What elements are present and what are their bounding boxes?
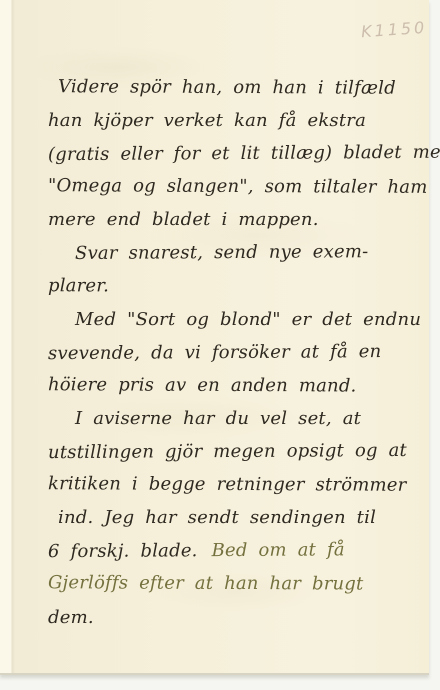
text-segment: dem. bbox=[48, 607, 94, 628]
text-segment: kritiken i begge retninger strömmer bbox=[48, 473, 407, 496]
handwritten-line: höiere pris av en anden mand. bbox=[48, 368, 420, 403]
text-segment: mere end bladet i mappen. bbox=[48, 209, 319, 230]
handwritten-line: ind. Jeg har sendt sendingen til bbox=[48, 501, 420, 534]
text-segment: han kjöper verket kan få ekstra bbox=[48, 110, 366, 131]
text-segment: 6 forskj. blade. bbox=[48, 541, 198, 563]
handwritten-line: Gjerlöffs efter at han har brugt bbox=[48, 567, 420, 602]
letter-page: K1150 Videre spör han, om han i tilfældh… bbox=[0, 0, 429, 675]
handwritten-line: svevende, da vi forsöker at få en bbox=[48, 335, 420, 370]
handwritten-line: I aviserne har du vel set, at bbox=[48, 402, 420, 435]
text-segment: "Omega og slangen", som tiltaler ham bbox=[48, 175, 428, 198]
text-segment: svevende, da vi forsöker at få en bbox=[48, 341, 382, 364]
letter-body: Videre spör han, om han i tilfældhan kjö… bbox=[48, 71, 420, 634]
catalog-number-annotation: K1150 bbox=[360, 18, 427, 42]
handwritten-line: mere end bladet i mappen. bbox=[48, 203, 420, 236]
handwritten-line: Med "Sort og blond" er det endnu bbox=[48, 303, 420, 336]
text-segment: plarer. bbox=[48, 275, 109, 296]
text-segment: (gratis eller for et lit tillæg) bladet … bbox=[48, 142, 440, 165]
handwritten-line: (gratis eller for et lit tillæg) bladet … bbox=[48, 136, 420, 171]
handwritten-line: 6 forskj. blade.Bed om at få bbox=[48, 533, 420, 568]
text-segment: Gjerlöffs efter at han har brugt bbox=[48, 573, 364, 595]
handwritten-line: Svar snarest, send nye exem- bbox=[48, 235, 420, 270]
handwritten-line: kritiken i begge retninger strömmer bbox=[48, 467, 420, 502]
text-segment: Videre spör han, om han i tilfæld bbox=[58, 76, 396, 98]
text-segment: Med "Sort og blond" er det endnu bbox=[75, 309, 421, 330]
handwritten-line: "Omega og slangen", som tiltaler ham bbox=[48, 169, 420, 204]
text-segment: ind. Jeg har sendt sendingen til bbox=[58, 507, 376, 528]
handwritten-line: plarer. bbox=[48, 269, 420, 304]
text-segment: höiere pris av en anden mand. bbox=[48, 374, 357, 396]
text-segment: Bed om at få bbox=[211, 540, 344, 562]
handwritten-line: dem. bbox=[48, 601, 420, 634]
text-segment: I aviserne har du vel set, at bbox=[75, 408, 361, 429]
text-segment: utstillingen gjör megen opsigt og at bbox=[48, 440, 407, 463]
handwritten-line: Videre spör han, om han i tilfæld bbox=[48, 70, 420, 105]
handwritten-line: han kjöper verket kan få ekstra bbox=[48, 104, 420, 137]
text-segment: Svar snarest, send nye exem- bbox=[75, 242, 368, 265]
handwritten-line: utstillingen gjör megen opsigt og at bbox=[48, 434, 420, 469]
scanned-letter: K1150 Videre spör han, om han i tilfældh… bbox=[0, 0, 440, 690]
